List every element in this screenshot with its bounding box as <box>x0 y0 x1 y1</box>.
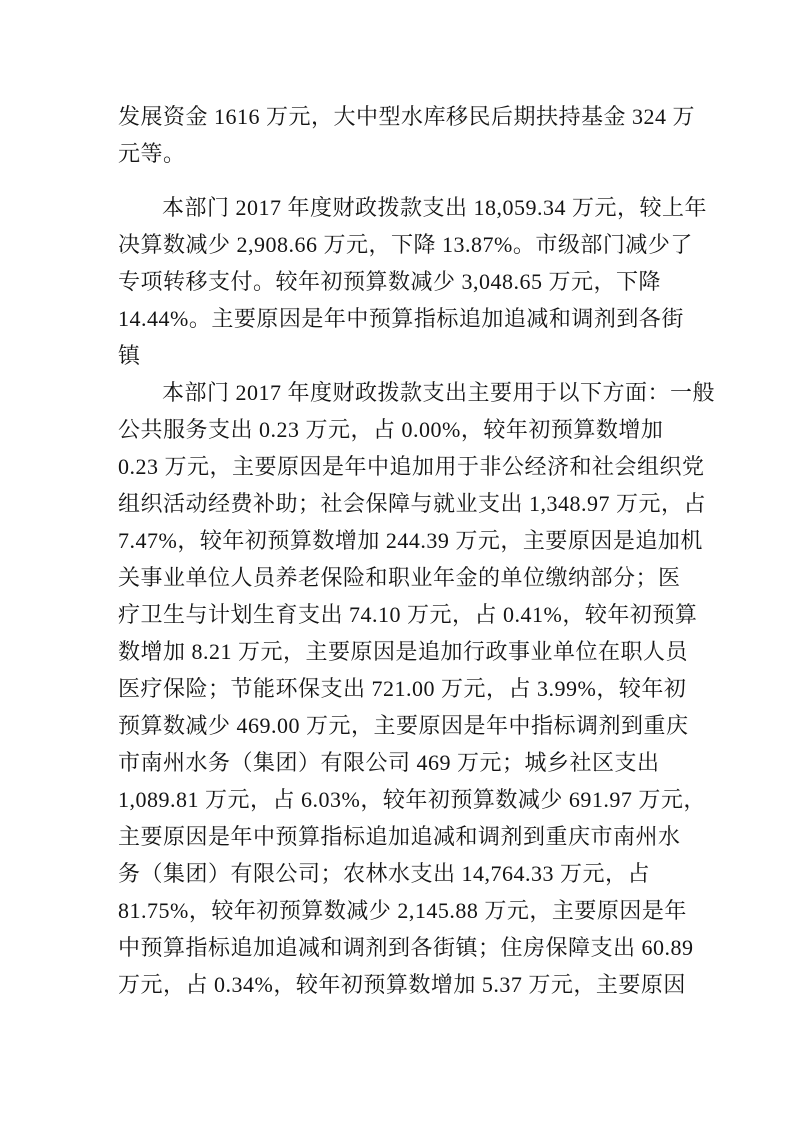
text-line: 关事业单位人员养老保险和职业年金的单位缴纳部分；医 <box>118 559 703 596</box>
document-page: 发展资金 1616 万元，大中型水库移民后期扶持基金 324 万元等。本部门 2… <box>0 0 793 1122</box>
text-line: 公共服务支出 0.23 万元，占 0.00%，较年初预算数增加 <box>118 411 703 448</box>
paragraph: 本部门 2017 年度财政拨款支出 18,059.34 万元，较上年决算数减少 … <box>118 189 703 374</box>
text-line: 组织活动经费补助；社会保障与就业支出 1,348.97 万元，占 <box>118 485 703 522</box>
text-line: 本部门 2017 年度财政拨款支出主要用于以下方面：一般 <box>118 374 703 411</box>
text-line: 主要原因是年中预算指标追加追减和调剂到重庆市南州水 <box>118 818 703 855</box>
text-line: 本部门 2017 年度财政拨款支出 18,059.34 万元，较上年 <box>118 189 703 226</box>
text-line: 预算数减少 469.00 万元，主要原因是年中指标调剂到重庆 <box>118 707 703 744</box>
text-line: 数增加 8.21 万元，主要原因是追加行政事业单位在职人员 <box>118 633 703 670</box>
text-line: 1,089.81 万元，占 6.03%，较年初预算数减少 691.97 万元， <box>118 781 703 818</box>
text-line: 疗卫生与计划生育支出 74.10 万元，占 0.41%，较年初预算 <box>118 596 703 633</box>
text-line: 81.75%，较年初预算数减少 2,145.88 万元，主要原因是年 <box>118 892 703 929</box>
text-line: 镇 <box>118 337 703 374</box>
text-line: 市南州水务（集团）有限公司 469 万元；城乡社区支出 <box>118 744 703 781</box>
text-line: 务（集团）有限公司；农林水支出 14,764.33 万元，占 <box>118 855 703 892</box>
text-line: 医疗保险；节能环保支出 721.00 万元，占 3.99%，较年初 <box>118 670 703 707</box>
text-line: 0.23 万元，主要原因是年中追加用于非公经济和社会组织党 <box>118 448 703 485</box>
text-line: 专项转移支付。较年初预算数减少 3,048.65 万元，下降 <box>118 263 703 300</box>
text-line: 中预算指标追加追减和调剂到各街镇；住房保障支出 60.89 <box>118 929 703 966</box>
text-line: 7.47%，较年初预算数增加 244.39 万元，主要原因是追加机 <box>118 522 703 559</box>
paragraph: 发展资金 1616 万元，大中型水库移民后期扶持基金 324 万元等。 <box>118 98 703 172</box>
text-line: 14.44%。主要原因是年中预算指标追加追减和调剂到各街 <box>118 300 703 337</box>
text-line: 万元，占 0.34%，较年初预算数增加 5.37 万元，主要原因 <box>118 966 703 1003</box>
text-line: 元等。 <box>118 135 703 172</box>
text-line: 决算数减少 2,908.66 万元，下降 13.87%。市级部门减少了 <box>118 226 703 263</box>
text-line: 发展资金 1616 万元，大中型水库移民后期扶持基金 324 万 <box>118 98 703 135</box>
paragraph: 本部门 2017 年度财政拨款支出主要用于以下方面：一般公共服务支出 0.23 … <box>118 374 703 1003</box>
document-text: 发展资金 1616 万元，大中型水库移民后期扶持基金 324 万元等。本部门 2… <box>118 98 703 1003</box>
